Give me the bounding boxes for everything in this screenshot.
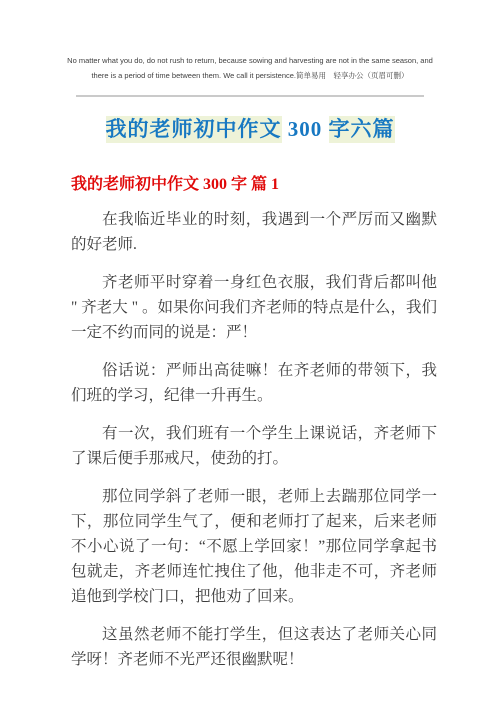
essay-paragraph: 有一次，我们班有一个学生上课说话，齐老师下了课后便手那戒尺，使劲的打。 — [71, 421, 437, 471]
essay-paragraph: 俗话说：严师出高徒嘛！在齐老师的带领下，我们班的学习，纪律一升再生。 — [71, 358, 437, 408]
document-title-part3: 字六篇 — [329, 116, 395, 143]
essay-paragraph: 那位同学斜了老师一眼，老师上去踹那位同学一下，那位同学生气了，便和老师打了起来，… — [71, 484, 437, 609]
section-heading: 我的老师初中作文 300 字 篇 1 — [71, 175, 437, 195]
page-header: No matter what you do, do not rush to re… — [0, 0, 500, 97]
essay-paragraph: 齐老师平时穿着一身红色衣服，我们背后都叫他 " 齐老大 " 。如果你问我们齐老师… — [71, 270, 437, 345]
header-line-2: there is a period of time between them. … — [0, 68, 500, 83]
header-line-1: No matter what you do, do not rush to re… — [0, 53, 500, 68]
essay-paragraph: 在我临近毕业的时刻，我遇到一个严厉而又幽默的好老师. — [71, 207, 437, 257]
header-line-2-english: there is a period of time between them. … — [91, 71, 296, 80]
header-line-2-chinese: 简单易用 轻享办公（页眉可删） — [296, 71, 409, 80]
document-page: No matter what you do, do not rush to re… — [0, 0, 500, 708]
document-title: 我的老师初中作文 300 字六篇 — [0, 115, 500, 143]
essay-paragraph: 这虽然老师不能打学生，但这表达了老师关心同学呀！齐老师不光严还很幽默呢！ — [71, 622, 437, 672]
essay-body: 在我临近毕业的时刻，我遇到一个严厉而又幽默的好老师. 齐老师平时穿着一身红色衣服… — [71, 207, 437, 672]
document-title-part1: 我的老师初中作文 — [106, 116, 282, 143]
header-divider — [76, 95, 424, 97]
document-title-part2: 300 — [282, 117, 329, 141]
